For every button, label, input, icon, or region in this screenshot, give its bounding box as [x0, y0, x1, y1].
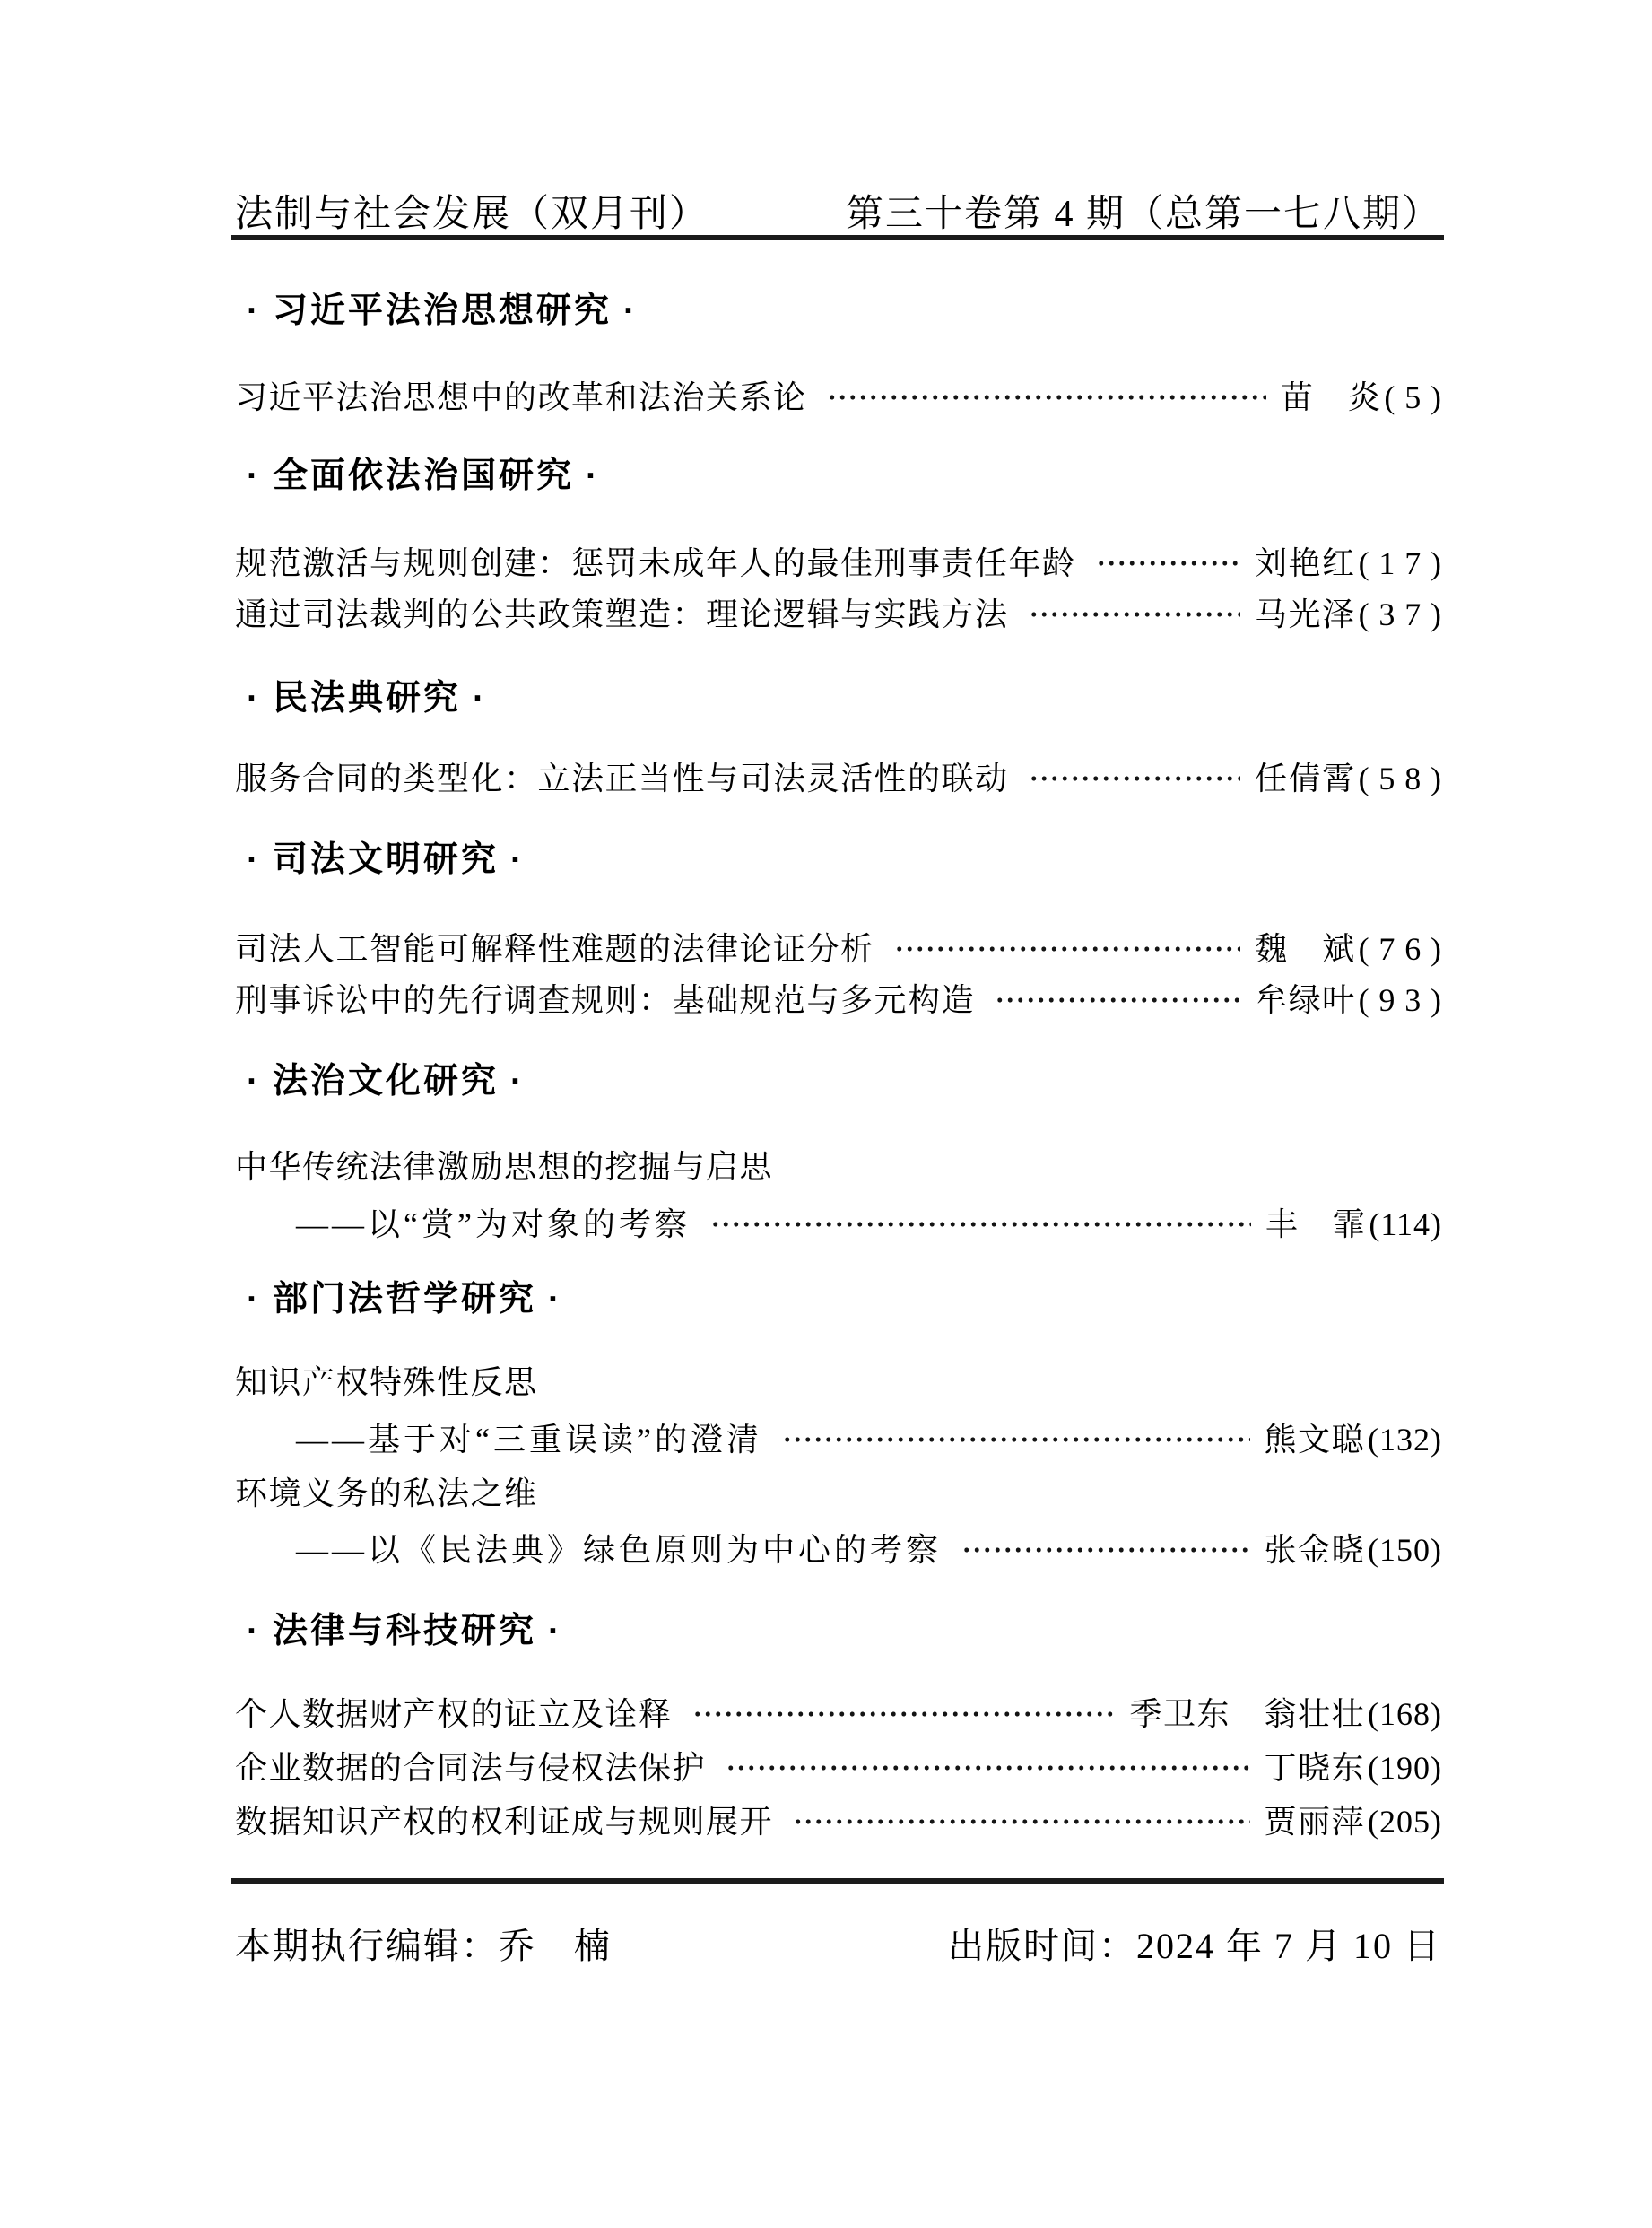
section-title: 部门法哲学研究	[273, 1280, 536, 1319]
article-page: (76)	[1359, 927, 1451, 970]
article-page: (17)	[1359, 542, 1451, 585]
article-page: (190)	[1368, 1746, 1442, 1789]
article-authors: 贾丽萍	[1265, 1800, 1366, 1843]
dotted-leader	[827, 394, 1266, 401]
article-subtitle: ——以《民法典》绿色原则为中心的考察	[296, 1528, 942, 1571]
article-authors: 季卫东 翁壮壮	[1130, 1693, 1366, 1736]
article-title: 中华传统法律激励思想的挖掘与启思	[235, 1145, 773, 1188]
dotted-leader	[793, 1818, 1249, 1825]
heading-dot: ·	[473, 679, 487, 718]
article-authors: 张金晓	[1265, 1528, 1366, 1571]
dotted-leader	[1029, 611, 1241, 618]
section-title: 司法文明研究	[273, 840, 499, 879]
section-title: 全面依法治国研究	[273, 457, 574, 495]
heading-dot: ·	[548, 1280, 562, 1319]
toc-entry-title-line: 中华传统法律激励思想的挖掘与启思	[235, 1145, 1441, 1188]
article-authors: 任倩霄	[1255, 757, 1356, 800]
toc-entry: 刑事诉讼中的先行调查规则：基础规范与多元构造 牟绿叶 (93)	[235, 979, 1441, 1022]
heading-dot: ·	[247, 1062, 261, 1101]
article-title: 规范激活与规则创建：惩罚未成年人的最佳刑事责任年龄	[235, 542, 1076, 585]
dotted-leader	[782, 1436, 1250, 1443]
dotted-leader	[692, 1710, 1116, 1718]
article-page: (205)	[1368, 1800, 1442, 1843]
toc-entry-title-line: 环境义务的私法之维	[235, 1472, 1441, 1515]
heading-dot: ·	[510, 1062, 525, 1101]
toc-entry-subtitle-line: ——以《民法典》绿色原则为中心的考察 张金晓 (150)	[235, 1528, 1441, 1571]
toc-entry: 司法人工智能可解释性难题的法律论证分析 魏 斌 (76)	[235, 927, 1441, 970]
heading-dot: ·	[247, 292, 261, 330]
dotted-leader	[961, 1546, 1249, 1554]
article-title: 刑事诉讼中的先行调查规则：基础规范与多元构造	[235, 979, 975, 1022]
section-title: 法律与科技研究	[273, 1612, 536, 1650]
section-heading-departmental-law-philosophy: ·部门法哲学研究·	[235, 1277, 1441, 1322]
toc-entry: 数据知识产权的权利证成与规则展开 贾丽萍 (205)	[235, 1800, 1441, 1843]
article-title: 司法人工智能可解释性难题的法律论证分析	[235, 927, 874, 970]
toc-entry: 通过司法裁判的公共政策塑造：理论逻辑与实践方法 马光泽 (37)	[235, 593, 1441, 636]
article-page: (5)	[1384, 376, 1450, 419]
section-title: 法治文化研究	[273, 1062, 499, 1101]
heading-dot: ·	[247, 679, 261, 718]
dotted-leader	[894, 945, 1241, 953]
journal-title: 法制与社会发展（双月刊）	[235, 191, 709, 238]
dotted-leader	[726, 1764, 1249, 1771]
article-subtitle: ——基于对“三重误读”的澄清	[296, 1418, 762, 1461]
toc-entry-subtitle-line: ——基于对“三重误读”的澄清 熊文聪 (132)	[235, 1418, 1441, 1461]
article-title: 知识产权特殊性反思	[235, 1361, 538, 1404]
section-title: 习近平法治思想研究	[273, 292, 612, 330]
article-authors: 熊文聪	[1265, 1418, 1366, 1461]
toc-entry: 个人数据财产权的证立及诠释 季卫东 翁壮壮 (168)	[235, 1693, 1441, 1736]
article-page: (132)	[1368, 1418, 1442, 1461]
journal-toc-page: 法制与社会发展（双月刊） 第三十卷第 4 期（总第一七八期） ·习近平法治思想研…	[0, 0, 1652, 2228]
executive-editor: 本期执行编辑：乔 楠	[235, 1923, 612, 1970]
article-page: (37)	[1359, 593, 1451, 636]
issue-info: 第三十卷第 4 期（总第一七八期）	[846, 191, 1441, 238]
heading-dot: ·	[510, 840, 525, 879]
heading-dot: ·	[247, 840, 261, 879]
article-subtitle: ——以“赏”为对象的考察	[296, 1203, 691, 1246]
article-title: 服务合同的类型化：立法正当性与司法灵活性的联动	[235, 757, 1009, 800]
article-page: (150)	[1368, 1528, 1442, 1571]
dotted-leader	[995, 997, 1240, 1004]
article-page: (93)	[1359, 979, 1451, 1022]
article-authors: 魏 斌	[1255, 927, 1356, 970]
article-title: 个人数据财产权的证立及诠释	[235, 1693, 673, 1736]
toc-entry: 服务合同的类型化：立法正当性与司法灵活性的联动 任倩霄 (58)	[235, 757, 1441, 800]
section-title: 民法典研究	[273, 679, 461, 718]
article-page: (58)	[1359, 757, 1451, 800]
article-title: 通过司法裁判的公共政策塑造：理论逻辑与实践方法	[235, 593, 1009, 636]
dotted-leader	[1029, 775, 1241, 782]
publish-date: 出版时间：2024 年 7 月 10 日	[948, 1923, 1441, 1970]
bottom-rule	[231, 1878, 1444, 1884]
toc-entry-title-line: 知识产权特殊性反思	[235, 1361, 1441, 1404]
toc-entry-subtitle-line: ——以“赏”为对象的考察 丰 霏 (114)	[235, 1203, 1441, 1246]
section-heading-civil-code: ·民法典研究·	[235, 676, 1441, 721]
section-heading-judicial-civilization: ·司法文明研究·	[235, 838, 1441, 883]
article-title: 习近平法治思想中的改革和法治关系论	[235, 376, 807, 419]
article-authors: 刘艳红	[1255, 542, 1356, 585]
toc-entry: 习近平法治思想中的改革和法治关系论 苗 炎 (5)	[235, 376, 1441, 419]
article-page: (114)	[1369, 1203, 1442, 1246]
article-authors: 丁晓东	[1265, 1746, 1366, 1789]
heading-dot: ·	[247, 457, 261, 495]
section-heading-law-based-governance: ·全面依法治国研究·	[235, 454, 1441, 499]
article-page: (168)	[1368, 1693, 1442, 1736]
heading-dot: ·	[623, 292, 638, 330]
heading-dot: ·	[586, 457, 600, 495]
toc-entry: 企业数据的合同法与侵权法保护 丁晓东 (190)	[235, 1746, 1441, 1789]
toc-entry: 规范激活与规则创建：惩罚未成年人的最佳刑事责任年龄 刘艳红 (17)	[235, 542, 1441, 585]
article-title: 环境义务的私法之维	[235, 1472, 538, 1515]
dotted-leader	[710, 1221, 1251, 1228]
article-authors: 马光泽	[1255, 593, 1356, 636]
section-heading-law-and-technology: ·法律与科技研究·	[235, 1609, 1441, 1654]
article-authors: 丰 霏	[1265, 1203, 1367, 1246]
top-rule	[231, 235, 1444, 240]
heading-dot: ·	[247, 1280, 261, 1319]
article-authors: 苗 炎	[1281, 376, 1382, 419]
article-authors: 牟绿叶	[1255, 979, 1356, 1022]
article-title: 企业数据的合同法与侵权法保护	[235, 1746, 706, 1789]
page-footer: 本期执行编辑：乔 楠 出版时间：2024 年 7 月 10 日	[235, 1923, 1441, 1970]
article-title: 数据知识产权的权利证成与规则展开	[235, 1800, 773, 1843]
section-heading-xjp-legal-thought: ·习近平法治思想研究·	[235, 289, 1441, 334]
section-heading-rule-of-law-culture: ·法治文化研究·	[235, 1059, 1441, 1104]
dotted-leader	[1096, 560, 1241, 567]
heading-dot: ·	[548, 1612, 562, 1650]
page-header: 法制与社会发展（双月刊） 第三十卷第 4 期（总第一七八期）	[235, 191, 1441, 238]
heading-dot: ·	[247, 1612, 261, 1650]
